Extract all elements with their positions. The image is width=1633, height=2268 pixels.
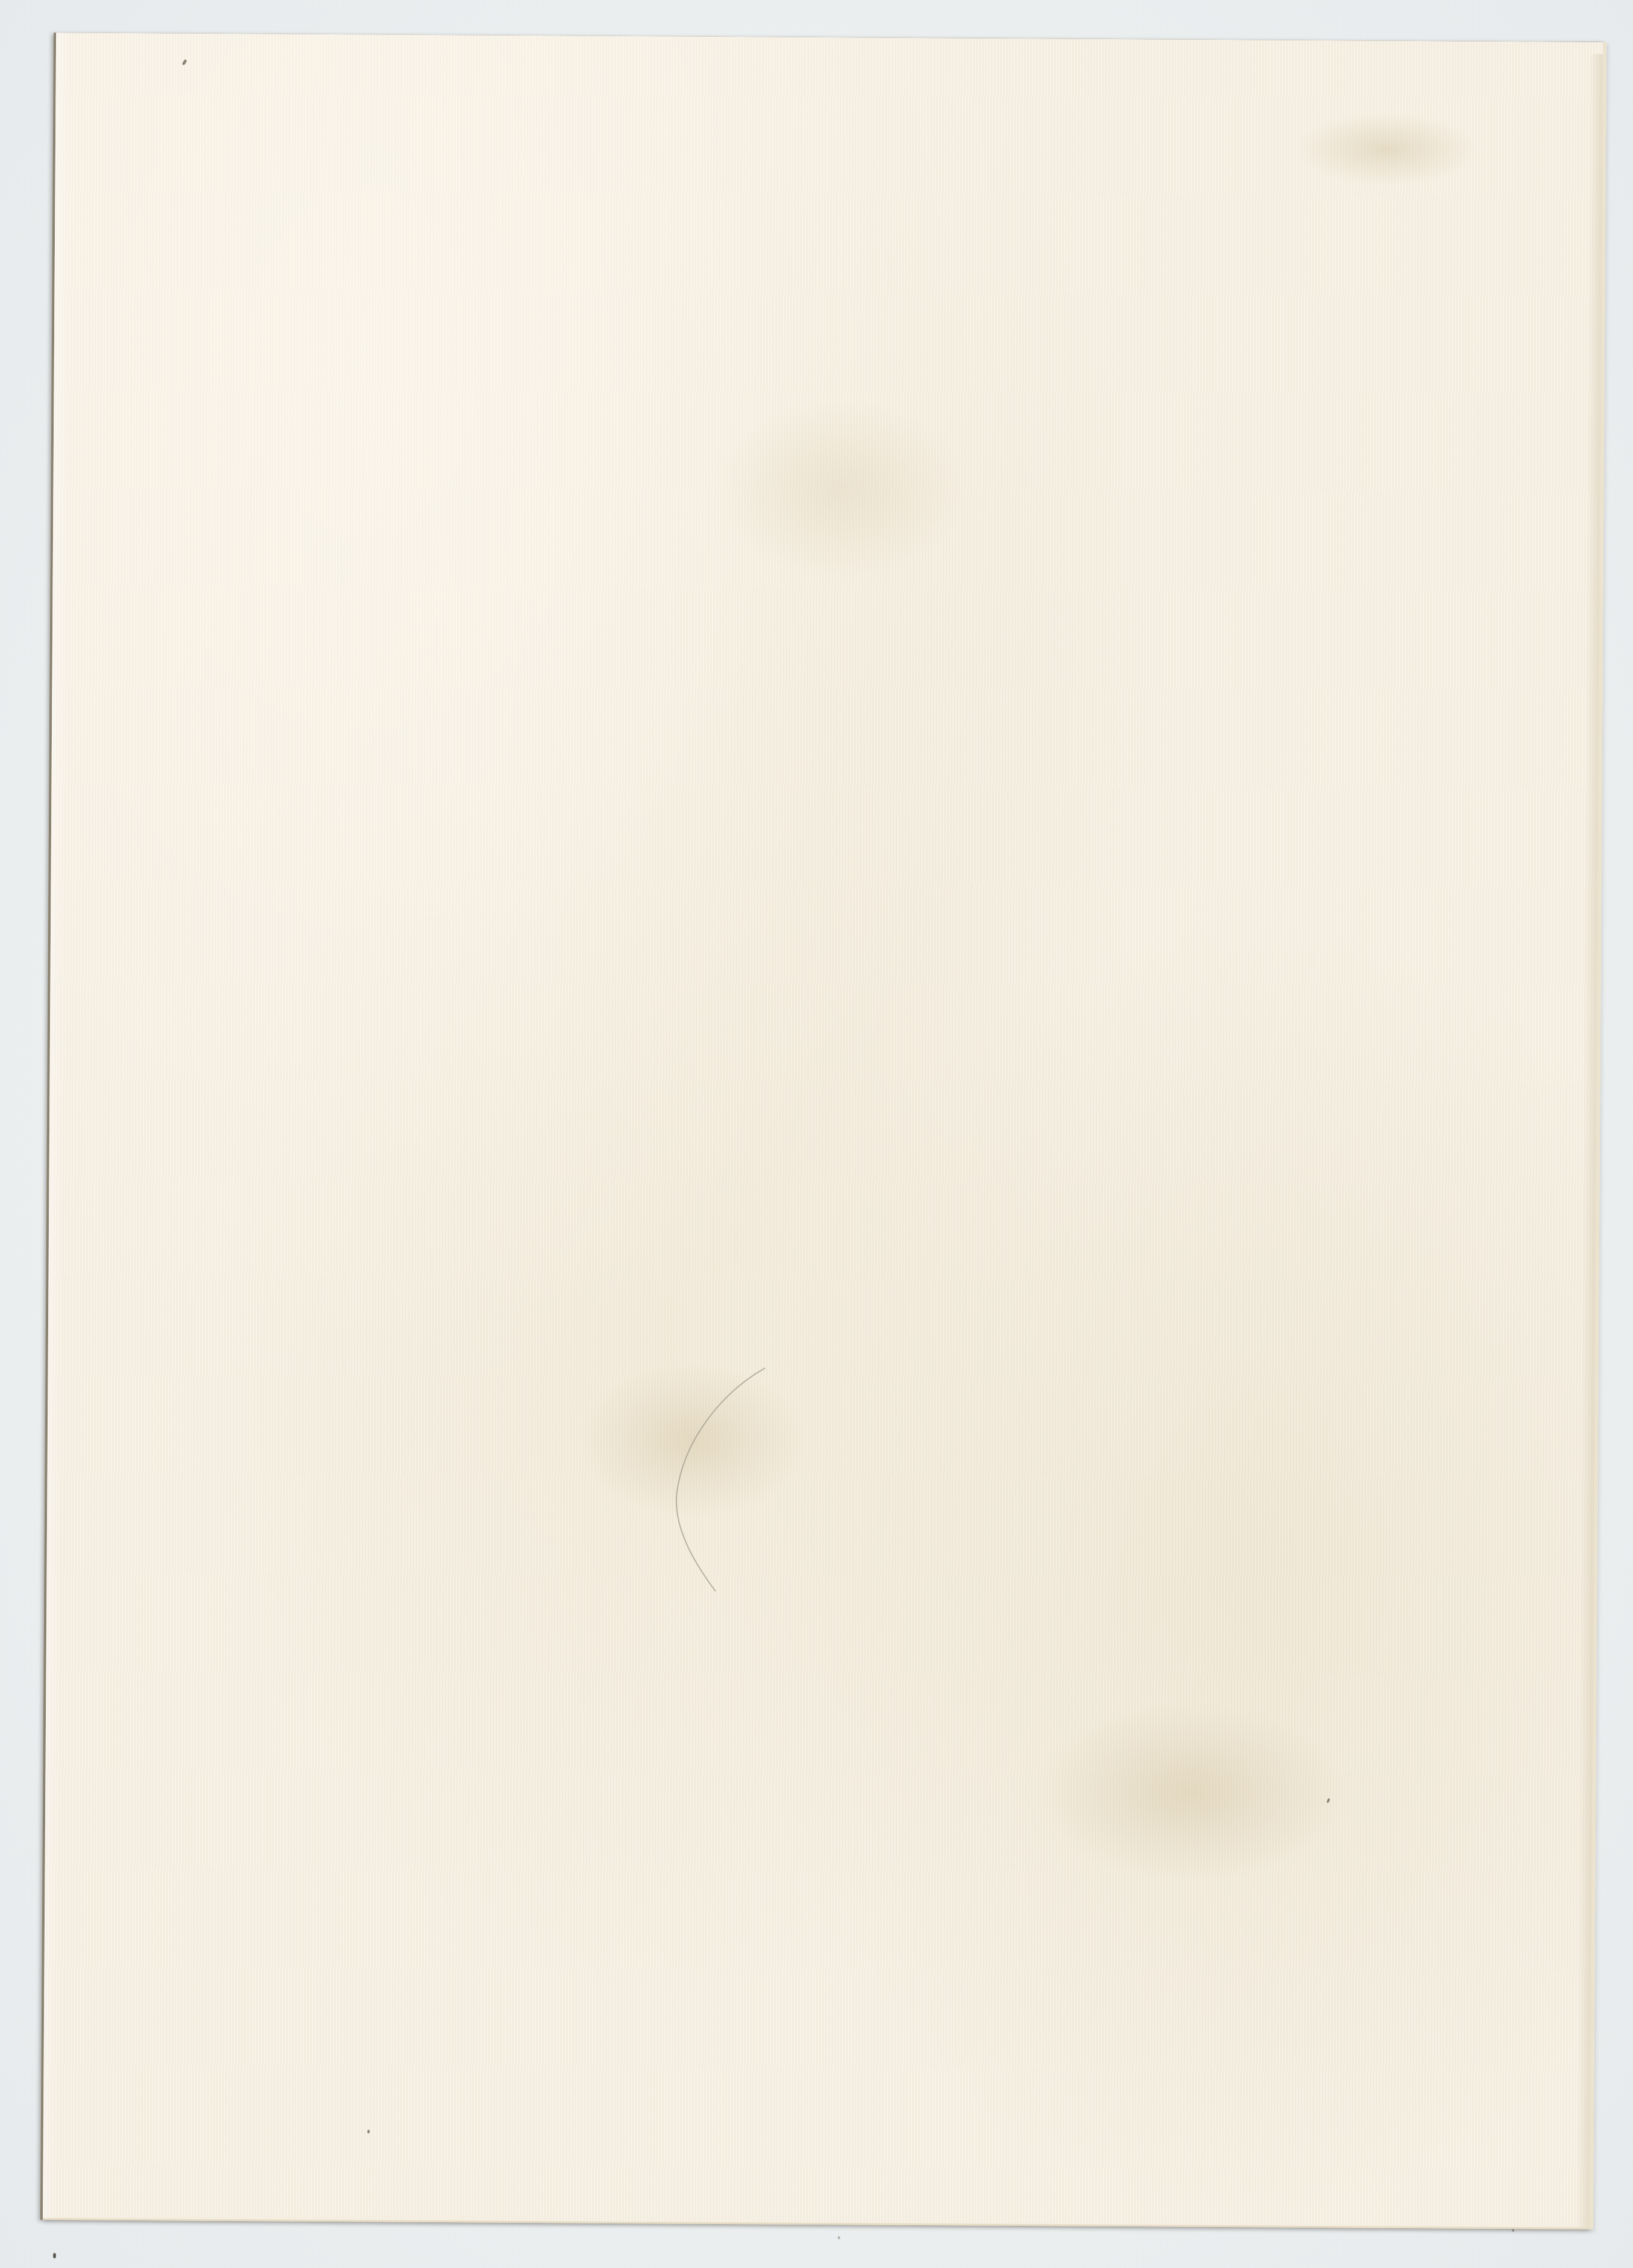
foxing-stain [716,398,970,581]
paper-speck [367,2129,370,2133]
background-speck [1512,2229,1514,2232]
paper-speck [838,2236,840,2239]
foxing-stain [1296,113,1478,186]
background-speck [53,2253,56,2258]
paper-speck [182,59,187,66]
foxing-stain [577,1361,807,1519]
foxing-stain [1032,1701,1347,1884]
hairline-scratch [43,33,1603,2228]
blank-card [43,33,1606,2229]
